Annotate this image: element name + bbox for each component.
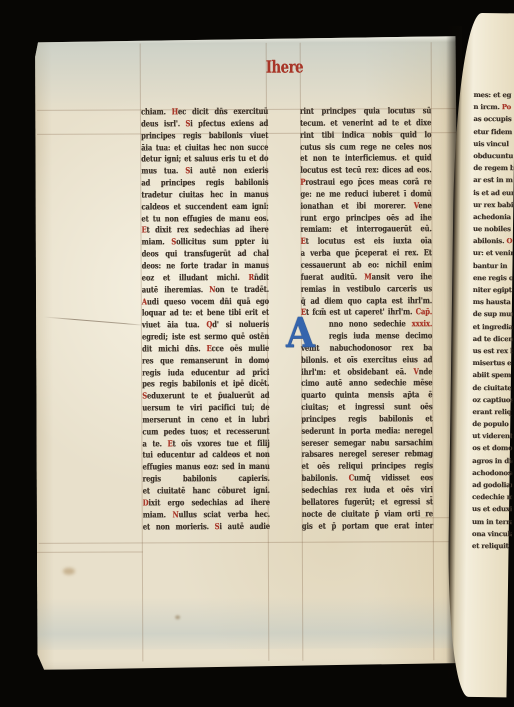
text-line: autē iheremias. Non te tradēt.: [142, 284, 269, 296]
text-line: de regem ba: [473, 162, 513, 174]
ink-text: t dixit rex sedechias ad ihere: [146, 224, 268, 235]
text-line: as occupis: [473, 113, 513, 125]
text-line: regis babilonis capieris.: [143, 473, 270, 485]
ink-text: remiam: et interrogauerūt eū.: [300, 224, 431, 235]
text-line: oz captiuos: [472, 394, 512, 406]
ink-text: ene: [418, 200, 431, 210]
ink-text: sereser semegar nabu sarsachim: [301, 437, 432, 448]
ink-text: ur: et venire: [473, 249, 514, 257]
text-line: bantur in: [473, 260, 513, 272]
ink-text: misertus e: [473, 359, 512, 367]
ink-text: ut viderent: [472, 432, 512, 440]
text-line: dit michi dn̄s. Ecce oēs mulie: [142, 343, 269, 355]
ink-text: cessauerunt ab eo: nichil enim: [301, 259, 432, 270]
ink-text: obducuntur: [473, 152, 513, 160]
text-line: tradetur ciuitas hec in manus: [141, 189, 268, 201]
text-line: regis iuda mense decimo: [301, 330, 432, 342]
ink-text: eoz et illudant michi.: [142, 272, 249, 282]
ink-text: bantur in: [473, 262, 507, 270]
ink-text: regis iuda mense decimo: [329, 330, 432, 340]
ink-text: pes regis babilonis et ipē dicēt.: [142, 378, 269, 389]
text-line: ge: ne me reduci iuberet ī domū: [300, 188, 431, 200]
ink-text: os et domos: [472, 444, 513, 452]
ink-text: et ciuitatē hanc cōburet igni.: [143, 485, 270, 496]
text-line: obducuntur: [473, 150, 513, 162]
ink-text: ec dicit dn̄s exercituū: [178, 106, 268, 116]
text-line: Et fcm̄ est ut caperet' ihrl'm. Cap̄.: [301, 307, 432, 319]
ink-text: de ciuitate: [472, 384, 511, 392]
text-line: misertus e: [473, 357, 513, 369]
rubric-text: Po: [502, 103, 511, 111]
ink-text: sedechias rex iuda et oēs viri: [302, 484, 433, 495]
text-line: principes regis babilonis et: [301, 413, 432, 425]
ink-text: q̄ ad diem quo capta est ihrl'm.: [301, 295, 432, 306]
parchment-shading-top: [35, 36, 458, 116]
ink-text: miam.: [143, 509, 173, 519]
ink-text: miam.: [141, 237, 171, 247]
text-line: deus isrl'. Si pfectus exiens ad: [141, 118, 268, 130]
text-line: a verba que p̄ceperat ei rex. Et: [301, 247, 432, 259]
ink-text: ue nobiles: [473, 225, 511, 233]
text-line: egredi; iste est sermo quē ostēn: [142, 331, 269, 343]
text-line: cessauerunt ab eo: nichil enim: [301, 259, 432, 271]
ink-text: gis et p̄ portam que erat inter: [302, 520, 433, 531]
text-line: babilonis. Cumq̄ vidisset eos: [302, 472, 433, 484]
text-line: remias in vestibulo carceris us: [301, 283, 432, 295]
ink-text: d' si nolueris: [212, 319, 269, 329]
text-line: ciuitas; et ingressi sunt oēs: [301, 401, 432, 413]
text-line: cimo autē anno sedechie mēse: [301, 378, 432, 390]
ink-text: uis vincul: [473, 140, 508, 148]
text-line: tecum. et venerint ad te et dixe: [300, 117, 431, 129]
ink-text: on te tradēt.: [215, 284, 269, 294]
text-line: venit nabuchodonosor rex ba: [301, 342, 432, 354]
ink-text: nno nono sedechie: [329, 318, 412, 328]
ink-text: merserunt in ceno et in lubri: [142, 414, 269, 425]
rubric-text: O: [506, 237, 512, 245]
photograph-background: Ihere chiam. Hec dicit dn̄s exercituūdeu…: [0, 0, 514, 707]
text-line: et oēs reliqui principes regis: [301, 461, 432, 473]
text-line: achedonia m: [473, 211, 513, 223]
text-line: viuet āia tua. Qd' si nolueris: [142, 319, 269, 331]
ink-text: rabsares neregel sereser rebmag: [301, 449, 432, 460]
ink-text: nocte de ciuitate p̄ viam orti re: [302, 508, 433, 519]
ink-text: achodonosor: [472, 469, 513, 477]
ink-text: de sup mur: [473, 310, 514, 318]
text-line: miam. Sollicitus sum ppter iu: [141, 236, 268, 248]
text-line: ur: et venire: [473, 247, 513, 259]
text-line: deos: ne forte tradar in manus: [142, 260, 269, 272]
text-line: ene regis o: [473, 272, 513, 284]
text-line: erant reliq: [472, 406, 512, 418]
text-line: fuerat auditū. Mansit vero ihe: [301, 271, 432, 283]
text-line: cum pedes tuos; et recesserunt: [142, 426, 269, 438]
ink-text: principes regis babilonis et: [301, 413, 432, 424]
ink-text: etur fidem: [473, 128, 512, 136]
ink-text: ar est in m: [473, 176, 512, 184]
ink-text: et oēs reliqui principes regis: [301, 461, 432, 472]
text-line: Dixit ergo sedechias ad ihere: [143, 497, 270, 509]
ink-text: deus isrl'.: [141, 118, 185, 128]
ink-text: ullus sciat verba hec.: [179, 509, 270, 519]
text-line: ms hausta: [473, 296, 513, 308]
text-line: eoz et illudant michi. Rn̄dit: [142, 272, 269, 284]
text-line: rint tibi indica nobis quid lo: [300, 129, 431, 141]
ink-text: cimo autē anno sedechie mēse: [301, 378, 432, 389]
text-line: Et locutus est eis iuxta oīa: [300, 235, 431, 247]
ink-text: bilonis. et oīs exercitus eius ad: [301, 354, 432, 365]
ink-text: t locutus est eis iuxta oīa: [306, 235, 432, 246]
text-line: quarto quinta mensis ap̄ta ē: [301, 389, 432, 401]
text-line: effugies manus eoz: sed in manu: [142, 461, 269, 473]
text-line: runt ergo principes oēs ad ihe: [300, 212, 431, 224]
ink-text: achedonia m: [473, 213, 513, 221]
text-line: um in terra: [472, 516, 512, 528]
text-line: ad te dicent: [473, 333, 513, 345]
ink-text: ms hausta: [473, 298, 511, 306]
text-line: et ciuitatē hanc cōburet igni.: [143, 485, 270, 497]
ink-text: ad te dicent: [473, 335, 514, 343]
ink-text: remias in vestibulo carceris us: [301, 283, 432, 294]
text-line: ue nobiles: [473, 223, 513, 235]
ink-text: us et eduxit: [472, 505, 513, 513]
ink-text: uersum te viri pacifici tui; de: [142, 402, 269, 413]
ink-text: ollicitus sum ppter iu: [176, 236, 269, 246]
ink-text: ad principes regis babilonis: [141, 177, 268, 188]
ink-text: n̄dit: [254, 272, 269, 282]
ink-text: as occupis: [473, 115, 511, 123]
text-line: et non morieris. Si autē audie: [143, 520, 270, 532]
text-column-left: chiam. Hec dicit dn̄s exercituūdeus isrl…: [141, 106, 270, 533]
text-line: bellatores fugerūt; et egressi st̄: [302, 496, 433, 508]
rubric-text: xxxix.: [412, 318, 432, 328]
ink-text: principes regis babilonis viuet: [141, 130, 268, 141]
text-line: et reliquit: [472, 540, 512, 552]
text-line: sereser semegar nabu sarsachim: [301, 437, 432, 449]
text-line: sedechias rex iuda et oēs viri: [302, 484, 433, 496]
text-line: chiam. Hec dicit dn̄s exercituū: [141, 106, 268, 118]
ink-text: rostraui ego p̄ces meas corā re: [305, 176, 431, 187]
ink-text: cce oēs mulie: [211, 343, 269, 353]
text-line: remiam: et interrogauerūt eū.: [300, 224, 431, 236]
ink-text: rint tibi indica nobis quid lo: [300, 129, 431, 140]
ink-text: cedechie m: [472, 493, 513, 501]
text-line: pes regis babilonis et ipē dicēt.: [142, 378, 269, 390]
ink-text: erant reliq: [472, 408, 511, 416]
text-line: ur rex babilo: [473, 199, 513, 211]
ink-text: um in terra: [472, 518, 514, 526]
ruling-line-horizontal: [37, 551, 143, 552]
text-column-right: rint principes quia locutus sūtecum. et …: [300, 105, 433, 532]
ink-text: babilonis.: [302, 473, 349, 483]
text-line: miam. Nullus sciat verba hec.: [143, 509, 270, 521]
text-line: etur fidem: [473, 126, 513, 138]
text-line: et non te interficiemus. et quid: [300, 153, 431, 165]
rubric-text: Cap̄.: [416, 307, 433, 317]
ink-text: ansit vero ihe: [372, 271, 432, 281]
ink-text: i autē non exieris: [190, 165, 268, 175]
text-line: mes: et eg: [473, 89, 513, 101]
text-line: us et eduxit: [472, 503, 512, 515]
ink-text: et non te interficiemus. et quid: [300, 153, 431, 164]
parchment-stain: [175, 615, 180, 619]
text-line: uis vincul: [473, 138, 513, 150]
text-line: ad godoliam: [472, 479, 512, 491]
manuscript-page: Ihere chiam. Hec dicit dn̄s exercituūdeu…: [35, 36, 461, 670]
ink-text: abilonis.: [473, 237, 506, 245]
text-line: agros in die: [472, 455, 512, 467]
text-line: cedechie m: [472, 491, 512, 503]
text-line: a te. Et oīs vxores tue et filij: [142, 438, 269, 450]
text-line: nno nono sedechie xxxix.: [301, 318, 432, 330]
text-line: cutus sis cum rege ne celes nos: [300, 141, 431, 153]
text-line: de populo: [472, 418, 512, 430]
text-line: et ingredia: [473, 321, 513, 333]
text-line: loquar ad te: et bene tibi erit et: [142, 307, 269, 319]
text-line: us est rex b: [473, 345, 513, 357]
ink-text: deos: ne forte tradar in manus: [142, 260, 269, 271]
ink-text: chiam.: [141, 106, 172, 116]
text-line: rabsares neregel sereser rebmag: [301, 449, 432, 461]
text-line: os et domos: [472, 442, 512, 454]
ink-text: locutus est tecū rex: dices ad eos.: [300, 164, 431, 175]
ink-text: t fcm̄ est ut caperet' ihrl'm.: [306, 307, 416, 317]
ink-text: detur igni; et saluus eris tu et do: [141, 153, 268, 164]
ink-text: viuet āia tua.: [142, 319, 207, 329]
text-line: ona vincula: [472, 528, 512, 540]
ink-text: ionathan et ibi morerer.: [300, 200, 413, 210]
text-line: niter egipt: [473, 284, 513, 296]
ink-text: et ingredia: [473, 323, 513, 331]
text-line: res que remanserunt in domo: [142, 355, 269, 367]
ink-text: effugies manus eoz: sed in manu: [142, 461, 269, 472]
ink-text: tradetur ciuitas hec in manus: [141, 189, 268, 200]
parchment-crease: [44, 316, 146, 325]
ink-text: n ircm.: [473, 103, 501, 111]
ink-text: tui educentur ad caldeos et non: [142, 449, 269, 460]
text-line: abilonis. O: [473, 235, 513, 247]
ink-text: et tu non effugies de manu eos.: [141, 213, 268, 224]
ink-text: abiit spem: [472, 371, 511, 379]
ink-text: ur rex babilo: [473, 201, 513, 209]
text-line: ar est in m: [473, 174, 513, 186]
text-line: Audi queso vocem dn̄i quā ego: [142, 295, 269, 307]
ink-text: caldeos et succendent eam igni:: [141, 201, 268, 212]
text-line: Seduxerunt te et p̄ualuerūt ad: [142, 390, 269, 402]
text-line: merserunt in ceno et in lubri: [142, 414, 269, 426]
ink-text: niter egipt: [473, 286, 512, 294]
ink-text: quarto quinta mensis ap̄ta ē: [301, 389, 432, 400]
text-line: uersum te viri pacifici tui; de: [142, 402, 269, 414]
ink-text: ciuitas; et ingressi sunt oēs: [301, 401, 432, 412]
ink-text: loquar ad te: et bene tibi erit et: [142, 307, 269, 318]
ink-text: ad godoliam: [472, 481, 513, 489]
ink-text: bellatores fugerūt; et egressi st̄: [302, 496, 433, 507]
text-line: bilonis. et oīs exercitus eius ad: [301, 354, 432, 366]
ink-text: mus tua.: [141, 165, 185, 175]
text-line: caldeos et succendent eam igni:: [141, 201, 268, 213]
ink-text: ge: ne me reduci iuberet ī domū: [300, 188, 431, 199]
ink-text: de populo: [472, 420, 508, 428]
text-line: nocte de ciuitate p̄ viam orti re: [302, 508, 433, 520]
ink-text: i autē audie: [219, 520, 270, 530]
text-line: gis et p̄ portam que erat inter: [302, 520, 433, 532]
ink-text: fuerat auditū.: [301, 271, 365, 281]
text-line: mus tua. Si autē non exieris: [141, 165, 268, 177]
text-line: detur igni; et saluus eris tu et do: [141, 153, 268, 165]
text-line: Et dixit rex sedechias ad ihere: [141, 224, 268, 236]
ink-text: res que remanserunt in domo: [142, 355, 269, 366]
ink-text: ixit ergo sedechias ad ihere: [148, 497, 269, 508]
ink-text: de regem ba: [473, 164, 513, 172]
ink-text: cutus sis cum rege ne celes nos: [300, 141, 431, 152]
ink-text: a verba que p̄ceperat ei rex. Et: [301, 247, 432, 258]
ink-text: regis babilonis capieris.: [143, 473, 270, 484]
ink-text: runt ergo principes oēs ad ihe: [300, 212, 431, 223]
ink-text: et non morieris.: [143, 521, 215, 531]
ink-text: is et ad eum: [473, 189, 513, 197]
ink-text: autē iheremias.: [142, 284, 210, 294]
text-line: de ciuitate: [472, 382, 512, 394]
facing-page-text: mes: et egn ircm. Poas occupisetur fidem…: [472, 89, 514, 557]
text-line: sederunt in porta media: neregel: [301, 425, 432, 437]
ink-text: āia tua: et ciuitas hec non succe: [141, 141, 268, 152]
text-line: abiit spem: [472, 369, 512, 381]
ink-text: rint principes quia locutus sū: [300, 105, 431, 116]
text-line: Prostraui ego p̄ces meas corā re: [300, 176, 431, 188]
ink-text: mes: et eg: [473, 91, 511, 99]
ink-text: oz captiuos: [472, 396, 513, 404]
ink-text: egredi; iste est sermo quē ostēn: [142, 331, 269, 342]
ink-text: sederunt in porta media: neregel: [301, 425, 432, 436]
ink-text: dit michi dn̄s.: [142, 343, 207, 353]
illuminated-initial-a: A: [286, 316, 311, 352]
text-line: achodonosor: [472, 467, 512, 479]
text-line: q̄ ad diem quo capta est ihrl'm.: [301, 295, 432, 307]
ink-text: cum pedes tuos; et recesserunt: [142, 426, 269, 437]
ink-text: umq̄ vidisset eos: [354, 472, 433, 482]
text-line: ut viderent: [472, 430, 512, 442]
parchment-stain: [63, 568, 75, 575]
ink-text: a te.: [142, 438, 167, 448]
ink-text: ene regis o: [473, 274, 513, 282]
ink-text: t oīs vxores tue et filij: [172, 438, 269, 448]
ink-text: udi queso vocem dn̄i quā ego: [147, 295, 269, 306]
ink-text: eduxerunt te et p̄ualuerūt ad: [147, 390, 269, 401]
text-line: principes regis babilonis viuet: [141, 130, 268, 142]
ink-text: venit nabuchodonosor rex ba: [301, 342, 432, 353]
ink-text: deos qui transfugerūt ad chal: [142, 248, 269, 259]
text-line: ad principes regis babilonis: [141, 177, 268, 189]
ink-text: i pfectus exiens ad: [190, 118, 268, 128]
ink-text: nde: [419, 366, 433, 376]
text-line: locutus est tecū rex: dices ad eos.: [300, 164, 431, 176]
text-line: n ircm. Po: [473, 101, 513, 113]
ink-text: tecum. et venerint ad te et dixe: [300, 117, 431, 128]
text-line: ihrl'm: et obsidebant eā. Vnde: [301, 366, 432, 378]
parchment-shading-bottom: [37, 596, 460, 650]
ink-text: agros in die: [472, 457, 513, 465]
text-line: ionathan et ibi morerer. Vene: [300, 200, 431, 212]
text-line: tui educentur ad caldeos et non: [142, 449, 269, 461]
ink-text: ihrl'm: et obsidebant eā.: [301, 366, 413, 376]
ruling-line-horizontal: [39, 541, 458, 544]
text-line: et tu non effugies de manu eos.: [141, 213, 268, 225]
ink-text: regis iuda educentur ad prīci: [142, 366, 269, 377]
running-header: Ihere: [266, 57, 303, 77]
text-line: rint principes quia locutus sū: [300, 105, 431, 117]
ink-text: ona vincula: [472, 530, 514, 538]
text-line: de sup mur: [473, 308, 513, 320]
ink-text: et reliquit: [472, 542, 509, 550]
ink-text: us est rex b: [473, 347, 514, 355]
text-line: deos qui transfugerūt ad chal: [142, 248, 269, 260]
text-line: regis iuda educentur ad prīci: [142, 366, 269, 378]
text-line: is et ad eum: [473, 187, 513, 199]
text-line: āia tua: et ciuitas hec non succe: [141, 141, 268, 153]
